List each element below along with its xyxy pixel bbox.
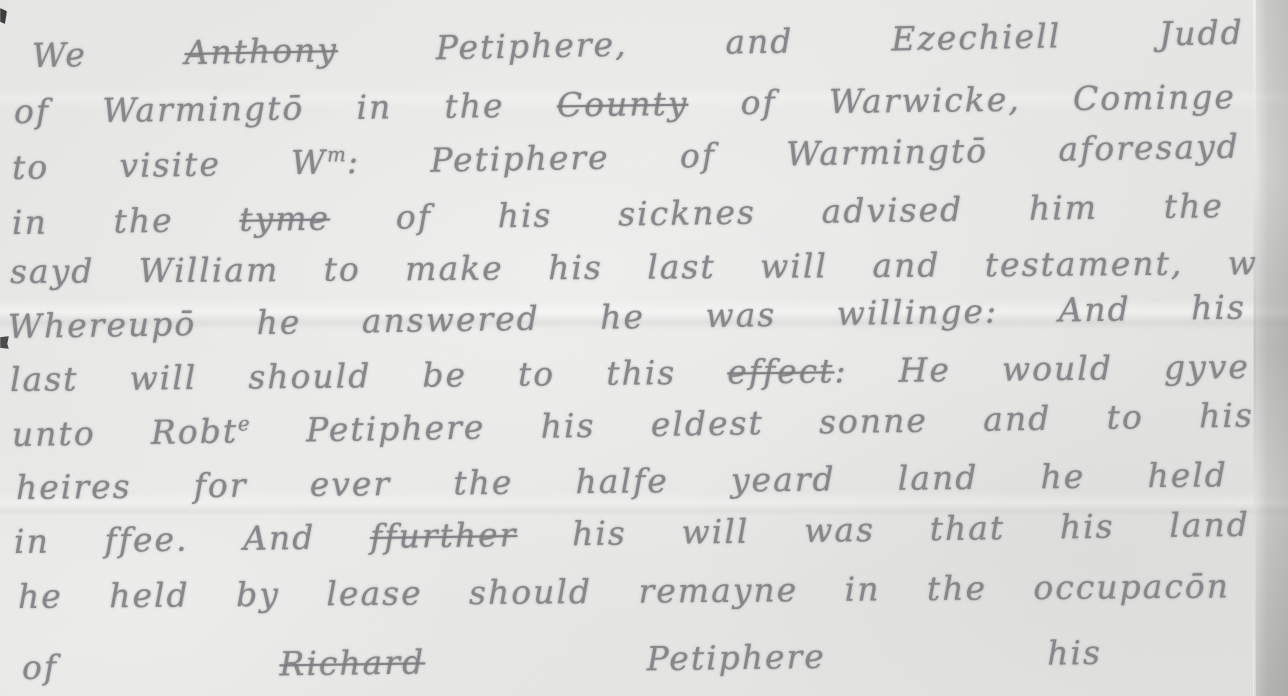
manuscript-line: of Richard Petiphere his	[22, 633, 1102, 687]
manuscript-line: heires for ever the halfe yeard land he …	[16, 455, 1228, 507]
manuscript-line: sayd William to make his last will and t…	[10, 243, 1258, 291]
manuscript-line: he held by lease should remayne in the o…	[18, 566, 1230, 616]
manuscript-line: in the tyme of his sicknes advised him t…	[12, 186, 1224, 242]
manuscript-text: We Anthony Petiphere, and Ezechiell Judd…	[0, 0, 1288, 696]
manuscript-line: of Warmingtō in the County of Warwicke, …	[14, 77, 1236, 131]
manuscript-line: Whereupō he answered he was willinge: An…	[8, 288, 1246, 346]
manuscript-page: We Anthony Petiphere, and Ezechiell Judd…	[0, 0, 1288, 696]
manuscript-line: unto Robte Petiphere his eldest sonne an…	[12, 395, 1254, 454]
manuscript-line: in ffee. And ffurther his will was that …	[14, 505, 1250, 561]
manuscript-line: to visite Wm: Petiphere of Warmingtō afo…	[12, 127, 1240, 187]
manuscript-line: We Anthony Petiphere, and Ezechiell Judd	[32, 13, 1245, 75]
manuscript-line: last will should be to this effect: He w…	[10, 347, 1250, 399]
